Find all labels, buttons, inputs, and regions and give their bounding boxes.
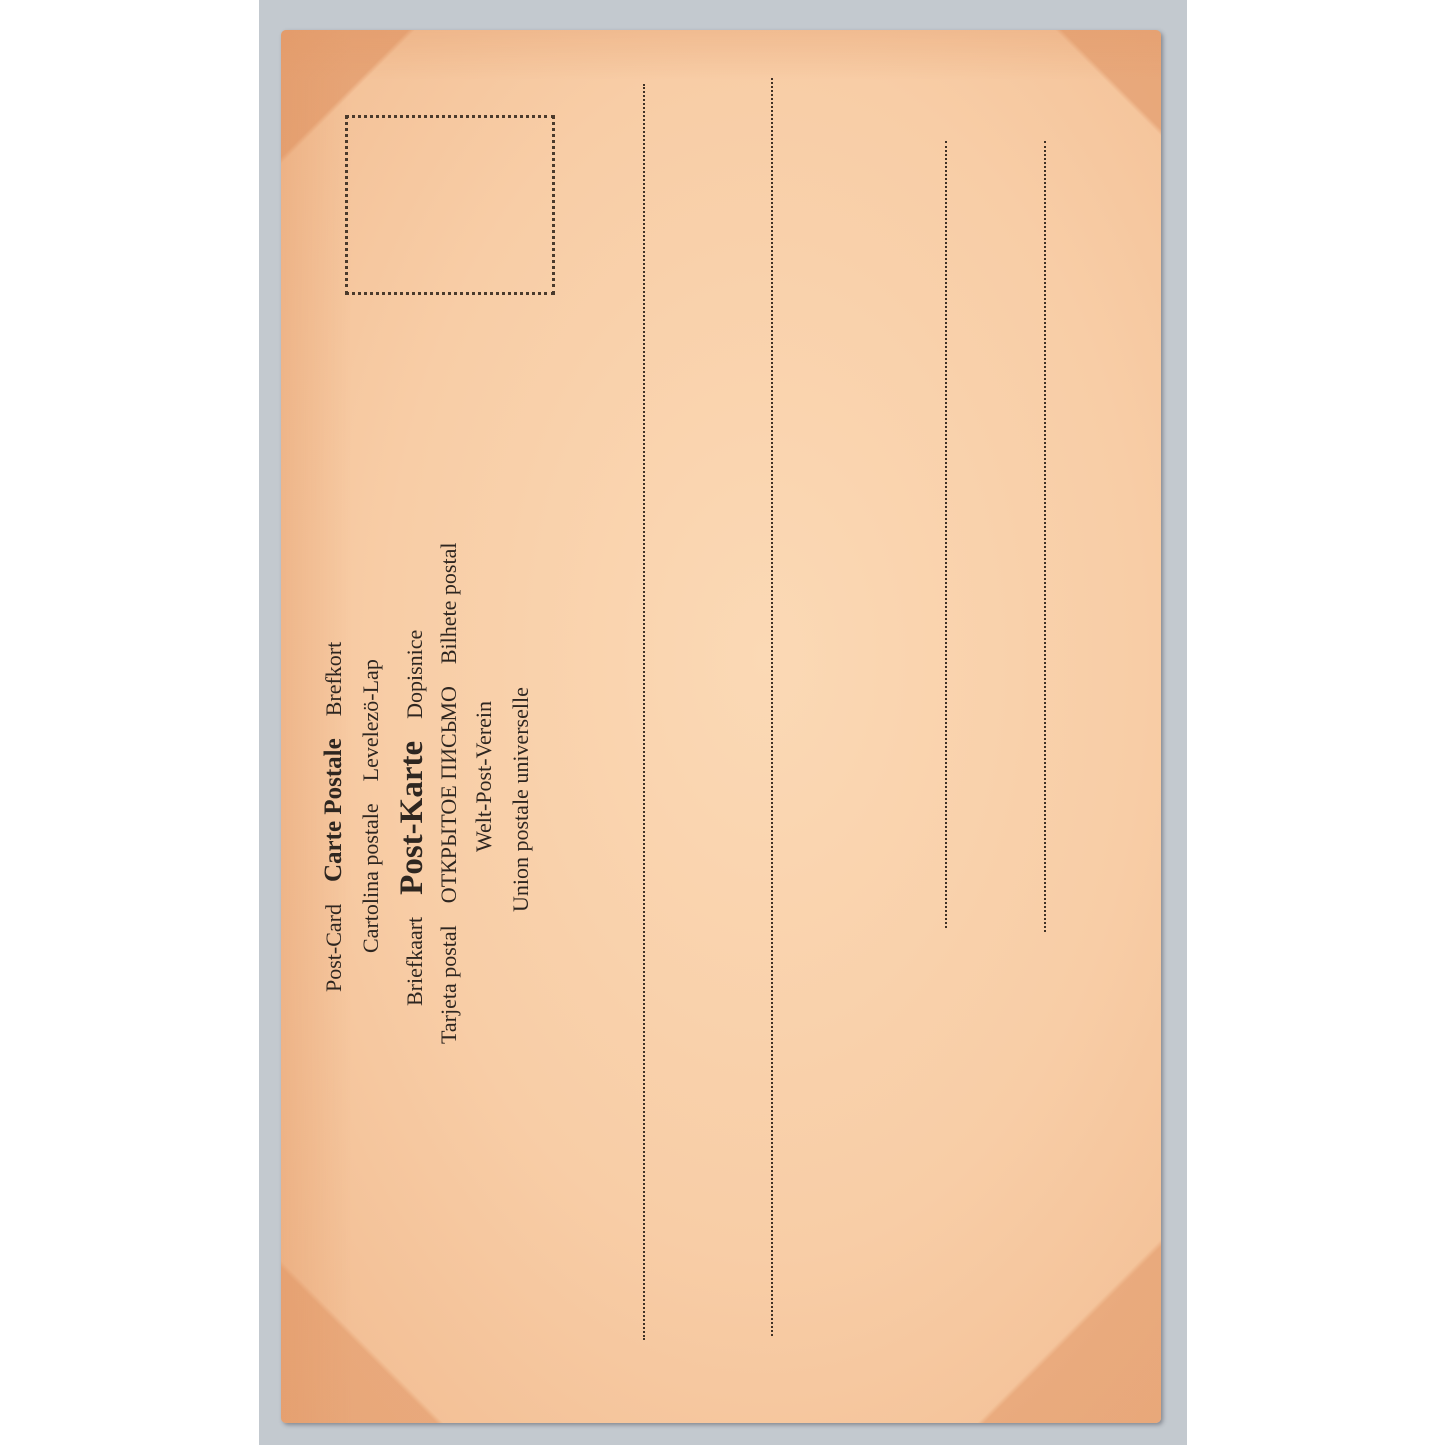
- address-line-2: [945, 141, 947, 928]
- postcard-label-spanish: Tarjeta postal: [438, 925, 460, 1044]
- postcard-label-portuguese: Bilhete postal: [438, 543, 460, 665]
- header-line-5: Welt-Post-Verein: [473, 701, 495, 852]
- postcard-label-german: Post-Karte: [396, 741, 429, 895]
- postcard-label-english: Post-Card: [323, 904, 345, 992]
- postcard-label-hungarian: Levelezö-Lap: [360, 659, 382, 781]
- header-line-1: Post-CardCarte PostaleBrefkort: [321, 642, 346, 992]
- union-name-french: Union postale universelle: [510, 687, 532, 912]
- header-line-3: BriefkaartPost-KarteDopisnice: [396, 630, 429, 1006]
- postcard-label-swedish: Brefkort: [323, 642, 345, 717]
- address-line-3: [1044, 141, 1046, 932]
- postcard-label-russian: ОТКРЫТОЕ ПИСЬМО: [438, 686, 460, 903]
- postcard-label-dutch: Briefkaart: [404, 917, 426, 1006]
- postcard-label-czech: Dopisnice: [404, 630, 426, 719]
- union-name-german: Welt-Post-Verein: [473, 701, 495, 852]
- divider-line: [643, 84, 645, 1340]
- postcard-label-french: Carte Postale: [321, 738, 346, 882]
- header-line-6: Union postale universelle: [510, 687, 532, 912]
- header-line-4: Tarjeta postalОТКРЫТОЕ ПИСЬМОBilhete pos…: [438, 543, 460, 1044]
- stamp-placement-box: [345, 115, 555, 295]
- header-line-2: Cartolina postaleLevelezö-Lap: [360, 659, 382, 953]
- postcard-label-italian: Cartolina postale: [360, 803, 382, 953]
- address-line-1: [771, 78, 773, 1336]
